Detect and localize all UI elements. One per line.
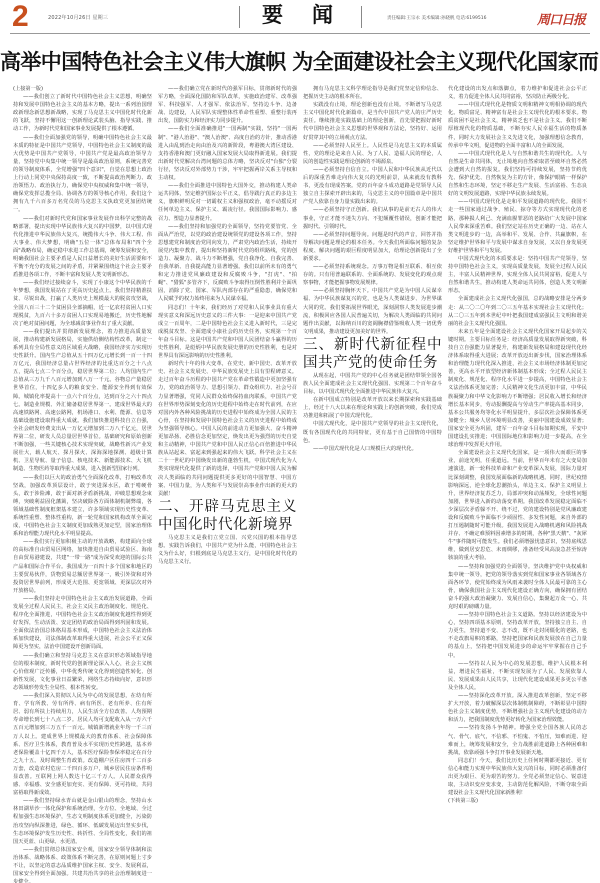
paragraph: ——我们以巨大的政治勇气全面深化改革，打响改革攻坚战，加强改革顶层设计，敢于突进… (13, 474, 152, 539)
paragraph: ——我们提出并贯彻新发展理念，着力推进高质量发展，推动构建新发展格局，实施供给侧… (13, 328, 152, 474)
paragraph: ——我们确立和坚持马克思主义在意识形态领域指导地位的根本制度，新时代党的创新理论… (13, 652, 152, 692)
paragraph: ——我们创立了新时代中国特色社会主义思想，明确坚持和发展中国特色社会主义的基本方… (13, 93, 152, 133)
paragraph: ——我们全面加强党的领导，明确中国特色社会主义最本质的特征是中国共产党领导，中国… (13, 134, 152, 215)
paragraph: 实践没有止境，理论创新也没有止境。不断谱写马克思主义中国化时代化新篇章，是当代中… (303, 101, 442, 141)
paragraph: ——必须坚持守正创新。我们从事的是前无古人的伟大事业，守正才能不迷失方向、不犯颠… (303, 206, 442, 230)
article-body: (上接第一版) ——我们创立了新时代中国特色社会主义思想，明确坚持和发展中国特色… (10, 85, 590, 883)
header-rule (10, 33, 590, 34)
paragraph: ——中国式现代化是人与自然和谐共生的现代化。人与自然是生命共同体，无止境地向自然… (448, 150, 587, 199)
issue-date: 2022年10月26日 星期三 (48, 14, 108, 21)
paragraph: 同志们！今天，我们比历史上任何时期都更接近、更有信心和能力实现中华民族伟大复兴的… (448, 757, 587, 797)
divider (361, 6, 362, 28)
paragraph: ——必须坚持问题导向。问题是时代的声音，回答并指导解决问题是理论的根本任务。今天… (303, 231, 442, 263)
editor-credits: 责任编辑:王宗永 美术编辑:孙晓帆 电话:6199516 (387, 15, 486, 21)
main-headline: 高举中国特色社会主义伟大旗帜 为全面建设社会主义现代化国家而团结奋斗 (0, 49, 600, 75)
column-1: (上接第一版) ——我们创立了新时代中国特色社会主义思想，明确坚持和发展中国特色… (10, 85, 155, 883)
paragraph: 未来五年是全面建设社会主义现代化国家开局起步的关键时期。主要目标任务是：经济高质… (448, 328, 587, 449)
paragraph: ——我们全面推进中国特色大国外交，推动构建人类命运共同体，坚定维护国际公平正义，… (158, 182, 297, 222)
masthead: 2 2022年10月26日 星期三 要 闻 责任编辑:王宗永 美术编辑:孙晓帆 … (0, 0, 600, 30)
paragraph: ——我们深入贯彻以人民为中心的发展思想，在幼有所育、学有所教、劳有所得、病有所医… (13, 692, 152, 797)
continued-from-note: (上接第一版) (13, 85, 152, 93)
paragraph: ——坚持中国特色社会主义道路。坚持以经济建设为中心，坚持四项基本原则，坚持改革开… (448, 611, 587, 660)
paragraph: 从现在起，中国共产党的中心任务就是团结带领全国各族人民全面建成社会主义现代化强国… (303, 372, 442, 396)
section-title-right: 闻 (312, 3, 333, 27)
paragraph: ——我们确立党在新时代的强军目标，贯彻新时代的强军方略，全面深化国防和军队改革，… (158, 85, 297, 125)
paragraph: ——必须坚持人民至上。人民性是马克思主义的本质属性，党的理论是来自人民、为了人民… (303, 142, 442, 166)
section-2-heading: 二、开辟马克思主义中国化时代化新境界 (158, 498, 297, 534)
paragraph: ——坚持发扬斗争精神。增强全党全国各族人民的志气、骨气、底气，不信邪、不怕鬼、不… (448, 724, 587, 756)
paragraph: 拥有马克思主义科学理论指导是我们党坚定信仰信念、把握历史主动的根本所在。 (303, 85, 442, 101)
section-3-heading: 三、新时代新征程中国共产党的使命任务 (303, 336, 442, 372)
paragraph: 中国式现代化的本质要求是：坚持中国共产党领导，坚持中国特色社会主义，实现高质量发… (448, 255, 587, 295)
paragraph: 全面建成社会主义现代化强国，总的战略安排是分两步走：从二〇二〇年到二〇三五年基本… (448, 295, 587, 327)
paragraph: ——中国式现代化是物质文明和精神文明相协调的现代化。物质富足、精神富有是社会主义… (448, 101, 587, 150)
page-number: 2 (12, 2, 29, 32)
paragraph: ——我们坚持走中国特色社会主义政治发展道路，全面发展全过程人民民主，社会主义民主… (13, 595, 152, 652)
column-4: 代化建设的出发点和落脚点，着力维护和促进社会公平正义，着力促进全体人民共同富裕，… (445, 85, 590, 883)
paragraph: ——必须坚持自信自立。中国人民和中华民族从近代以后的深重苦难走向伟大复兴的光明前… (303, 166, 442, 206)
paragraph: ——我们经过接续奋斗，实现了小康这个中华民族的千年梦想，我国发展站在了更高历史起… (13, 279, 152, 328)
paragraph: 在新中国成立特别是改革开放以来长期探索和实践基础上，经过十八大以来在理论和实践上… (303, 396, 442, 420)
paragraph: ——必须坚持胸怀天下。中国共产党是为中国人民谋幸福、为中华民族谋复兴的党，也是为… (303, 287, 442, 336)
paragraph: ——我们坚持和加强党的全面领导，坚持党要管党、全面从严治党，以党的政治建设统领党… (158, 223, 297, 304)
paragraph: 全面建设社会主义现代化国家，是一项伟大而艰巨的事业，前途光明，任重道远。当前，世… (448, 449, 587, 562)
paragraph: ——必须坚持系统观念。万事万物是相互联系、相互依存的。只有用普遍联系的、全面系统… (303, 263, 442, 287)
paragraph: ——坚持以人民为中心的发展思想。维护人民根本利益，增进民生福祉，不断实现发展为了… (448, 660, 587, 692)
paragraph: 马克思主义是我们立党立国、兴党兴国的根本指导思想。实践告诉我们，中国共产党为什么… (158, 534, 297, 566)
paragraph: ——我们坚持绿水青山就是金山银山的理念，坚持山水林田湖草沙一体化保护和系统治理，… (13, 797, 152, 846)
section-title-left: 要 (262, 3, 283, 27)
paragraph: ——坚持深化改革开放。深入推进改革创新，坚定不移扩大开放，着力破解深层次体制机制… (448, 692, 587, 724)
paragraph: 同志们！十年来，我们经历了对党和人民事业具有重大现实意义和深远历史意义的三件大事… (158, 304, 297, 361)
paragraph: 中国式现代化，是中国共产党领导的社会主义现代化，既有各国现代化的共同特征，更有基… (303, 420, 442, 444)
column-3: 拥有马克思主义科学理论指导是我们党坚定信仰信念、把握历史主动的根本所在。 实践没… (300, 85, 445, 883)
paragraph: ——我们实行更加积极主动的开放战略，构建面向全球的高标准自由贸易区网络，加快推进… (13, 538, 152, 595)
newspaper-logo: 周口日报 (537, 9, 585, 28)
paragraph: ——我们贯彻总体国家安全观，国家安全领导体制和法治体系、战略体系、政策体系不断完… (13, 846, 152, 883)
paragraph: ——坚持和加强党的全面领导。坚决维护党中央权威和集中统一领导，把党的领导落实到党… (448, 563, 587, 612)
paragraph: ——中国式现代化是人口规模巨大的现代化。 (303, 445, 442, 453)
column-2: ——我们确立党在新时代的强军目标，贯彻新时代的强军方略，全面深化国防和军队改革，… (155, 85, 300, 883)
paragraph: ——中国式现代化是走和平发展道路的现代化。我国不走一些国家通过战争、殖民、掠夺等… (448, 198, 587, 255)
paragraph: 新时代十年的伟大变革，在党史、新中国史、改革开放史、社会主义发展史、中华民族发展… (158, 360, 297, 498)
paragraph: 代化建设的出发点和落脚点，着力维护和促进社会公平正义，着力促进全体人民共同富裕，… (448, 85, 587, 101)
divider (239, 6, 240, 28)
paragraph: ——我们对新时代党和国家事业发展作出科学完整的战略部署，提出实现中华民族伟大复兴… (13, 215, 152, 280)
continued-to-note: (下转第三版) (448, 797, 587, 805)
paragraph: ——我们全面准确推进"一国两制"实践，坚持"一国两制"、"港人治港"、"澳人治澳… (158, 125, 297, 182)
